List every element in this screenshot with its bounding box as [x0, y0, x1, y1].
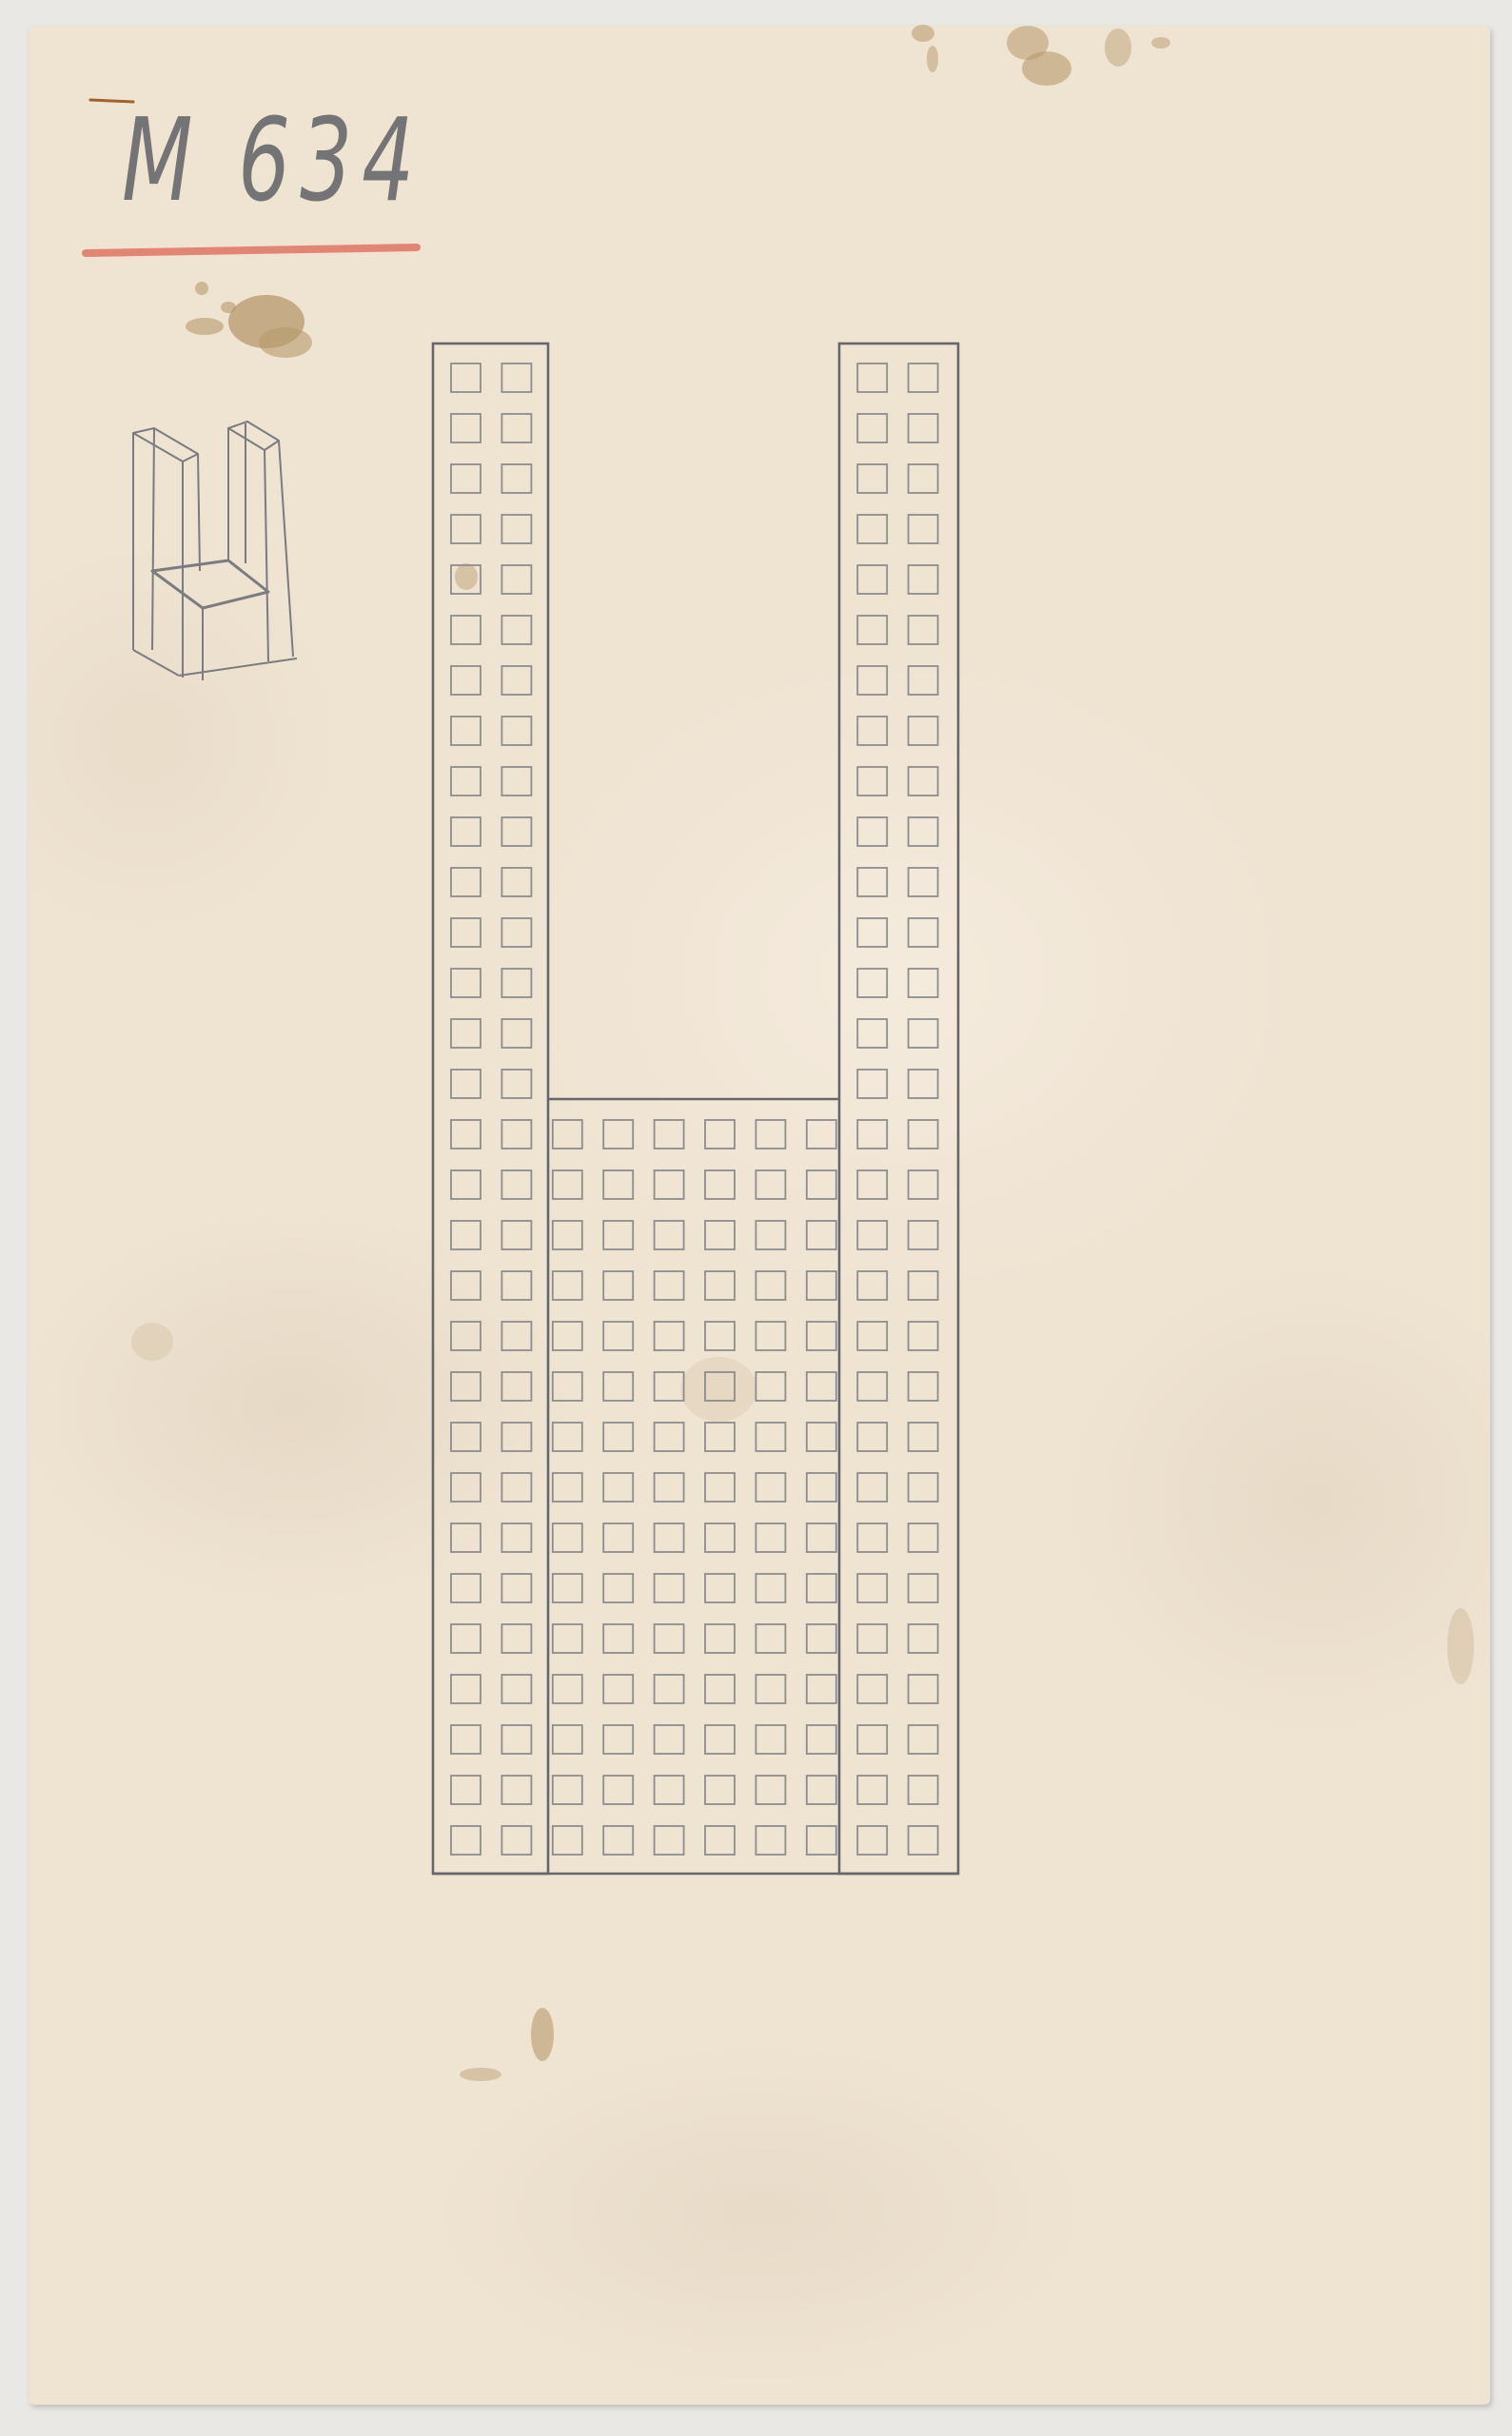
window — [501, 767, 531, 796]
window — [501, 616, 531, 644]
window — [501, 1675, 531, 1703]
window — [451, 515, 481, 543]
window — [756, 1221, 785, 1249]
window — [501, 1725, 531, 1754]
window-grid — [451, 363, 938, 1855]
window — [451, 1473, 481, 1502]
window — [553, 1675, 582, 1703]
window — [756, 1423, 785, 1451]
window — [501, 1372, 531, 1401]
window — [909, 363, 938, 392]
window — [553, 1372, 582, 1401]
window — [451, 1170, 481, 1199]
window — [857, 616, 887, 644]
window — [603, 1826, 633, 1855]
window — [451, 1019, 481, 1048]
window — [857, 414, 887, 442]
window — [705, 1776, 735, 1804]
window — [756, 1523, 785, 1552]
window — [451, 1070, 481, 1098]
window — [553, 1523, 582, 1552]
window — [909, 1221, 938, 1249]
window — [451, 969, 481, 997]
window — [553, 1473, 582, 1502]
window — [909, 1019, 938, 1048]
building-elevation — [433, 344, 958, 1874]
window — [501, 1070, 531, 1098]
window — [756, 1574, 785, 1602]
window — [909, 1826, 938, 1855]
window — [807, 1170, 836, 1199]
window — [857, 1574, 887, 1602]
window — [705, 1523, 735, 1552]
window — [451, 868, 481, 896]
window — [857, 1473, 887, 1502]
window — [655, 1120, 684, 1149]
window — [909, 1725, 938, 1754]
window — [857, 868, 887, 896]
window — [603, 1322, 633, 1350]
window — [857, 1826, 887, 1855]
window — [501, 717, 531, 745]
window — [705, 1322, 735, 1350]
window — [857, 1372, 887, 1401]
window — [655, 1675, 684, 1703]
window — [655, 1322, 684, 1350]
window — [501, 363, 531, 392]
window — [501, 969, 531, 997]
window — [501, 1473, 531, 1502]
window — [603, 1523, 633, 1552]
window — [451, 1523, 481, 1552]
window — [655, 1372, 684, 1401]
window — [451, 767, 481, 796]
window — [909, 1271, 938, 1300]
window — [655, 1473, 684, 1502]
window — [909, 565, 938, 594]
window — [603, 1776, 633, 1804]
window — [603, 1271, 633, 1300]
window — [807, 1271, 836, 1300]
window — [705, 1170, 735, 1199]
window — [807, 1725, 836, 1754]
window — [451, 1826, 481, 1855]
window — [756, 1725, 785, 1754]
window — [909, 515, 938, 543]
window — [603, 1624, 633, 1653]
window — [655, 1221, 684, 1249]
window — [501, 1574, 531, 1602]
window — [603, 1574, 633, 1602]
window — [756, 1473, 785, 1502]
window — [756, 1322, 785, 1350]
window — [451, 1574, 481, 1602]
window — [501, 414, 531, 442]
window — [655, 1271, 684, 1300]
stains — [131, 25, 1474, 2081]
red-underline — [86, 247, 417, 253]
window — [501, 918, 531, 947]
window — [909, 1170, 938, 1199]
window — [807, 1372, 836, 1401]
window — [756, 1170, 785, 1199]
window — [909, 969, 938, 997]
window — [807, 1675, 836, 1703]
window — [451, 1271, 481, 1300]
window — [857, 1221, 887, 1249]
window — [909, 1120, 938, 1149]
window — [501, 666, 531, 695]
window — [705, 1675, 735, 1703]
window — [909, 1070, 938, 1098]
window — [553, 1826, 582, 1855]
window — [909, 464, 938, 493]
window — [857, 1271, 887, 1300]
window — [451, 464, 481, 493]
window — [451, 1322, 481, 1350]
window — [451, 717, 481, 745]
window — [603, 1170, 633, 1199]
window — [553, 1725, 582, 1754]
window — [705, 1473, 735, 1502]
window — [655, 1776, 684, 1804]
window — [603, 1473, 633, 1502]
window — [655, 1523, 684, 1552]
window — [807, 1624, 836, 1653]
window — [909, 1423, 938, 1451]
window — [603, 1725, 633, 1754]
window — [451, 1221, 481, 1249]
window — [553, 1776, 582, 1804]
window — [501, 1221, 531, 1249]
window — [909, 817, 938, 846]
window — [807, 1120, 836, 1149]
window — [909, 1322, 938, 1350]
window — [756, 1826, 785, 1855]
window — [451, 616, 481, 644]
window — [857, 464, 887, 493]
window — [451, 1423, 481, 1451]
window — [603, 1372, 633, 1401]
catalog-label-marks — [86, 100, 417, 253]
window — [705, 1725, 735, 1754]
window — [705, 1624, 735, 1653]
window — [857, 1776, 887, 1804]
window — [857, 565, 887, 594]
window — [501, 1423, 531, 1451]
window — [857, 1019, 887, 1048]
window — [451, 1372, 481, 1401]
window — [451, 1675, 481, 1703]
window — [705, 1221, 735, 1249]
window — [756, 1372, 785, 1401]
window — [857, 1725, 887, 1754]
window — [501, 1170, 531, 1199]
window — [501, 1523, 531, 1552]
window — [857, 969, 887, 997]
window — [857, 1170, 887, 1199]
window — [655, 1725, 684, 1754]
window — [451, 1776, 481, 1804]
window — [501, 1322, 531, 1350]
window — [756, 1776, 785, 1804]
window — [756, 1271, 785, 1300]
window — [501, 1624, 531, 1653]
window — [857, 1624, 887, 1653]
window — [909, 1574, 938, 1602]
drawing-canvas — [0, 0, 1512, 2436]
window — [909, 1624, 938, 1653]
window — [451, 666, 481, 695]
window — [451, 918, 481, 947]
window — [705, 1271, 735, 1300]
window — [655, 1423, 684, 1451]
window — [857, 1423, 887, 1451]
window — [857, 817, 887, 846]
window — [501, 1776, 531, 1804]
window — [705, 1423, 735, 1451]
window — [655, 1624, 684, 1653]
window — [756, 1624, 785, 1653]
window — [553, 1221, 582, 1249]
window — [909, 918, 938, 947]
window — [857, 767, 887, 796]
window — [451, 1120, 481, 1149]
window — [857, 1322, 887, 1350]
window — [553, 1322, 582, 1350]
isometric-sketch — [133, 422, 297, 680]
window — [603, 1675, 633, 1703]
window — [553, 1574, 582, 1602]
window — [705, 1826, 735, 1855]
window — [501, 1271, 531, 1300]
window — [857, 1523, 887, 1552]
window — [655, 1170, 684, 1199]
window — [909, 1473, 938, 1502]
window — [705, 1120, 735, 1149]
window — [451, 817, 481, 846]
window — [909, 1776, 938, 1804]
window — [807, 1221, 836, 1249]
window — [553, 1423, 582, 1451]
window — [655, 1574, 684, 1602]
window — [807, 1423, 836, 1451]
window — [807, 1322, 836, 1350]
window — [857, 1120, 887, 1149]
window — [553, 1120, 582, 1149]
window — [451, 1624, 481, 1653]
window — [553, 1271, 582, 1300]
window — [807, 1574, 836, 1602]
window — [451, 414, 481, 442]
window — [756, 1675, 785, 1703]
window — [857, 918, 887, 947]
window — [603, 1120, 633, 1149]
window — [451, 363, 481, 392]
window — [909, 717, 938, 745]
window — [857, 717, 887, 745]
window — [501, 1120, 531, 1149]
window — [857, 1675, 887, 1703]
window — [857, 515, 887, 543]
window — [807, 1826, 836, 1855]
window — [705, 1574, 735, 1602]
window — [807, 1523, 836, 1552]
window — [909, 767, 938, 796]
window — [807, 1473, 836, 1502]
window — [857, 1070, 887, 1098]
window — [501, 868, 531, 896]
window — [909, 616, 938, 644]
window — [909, 666, 938, 695]
window — [553, 1624, 582, 1653]
window — [909, 1523, 938, 1552]
window — [756, 1120, 785, 1149]
window — [501, 1826, 531, 1855]
window — [501, 817, 531, 846]
window — [857, 363, 887, 392]
window — [909, 414, 938, 442]
window — [553, 1170, 582, 1199]
window — [909, 1675, 938, 1703]
window — [501, 565, 531, 594]
window — [451, 1725, 481, 1754]
window — [857, 666, 887, 695]
window — [501, 1019, 531, 1048]
window — [501, 464, 531, 493]
window — [807, 1776, 836, 1804]
window — [909, 1372, 938, 1401]
window — [603, 1423, 633, 1451]
window — [603, 1221, 633, 1249]
window — [909, 868, 938, 896]
window — [501, 515, 531, 543]
window — [655, 1826, 684, 1855]
